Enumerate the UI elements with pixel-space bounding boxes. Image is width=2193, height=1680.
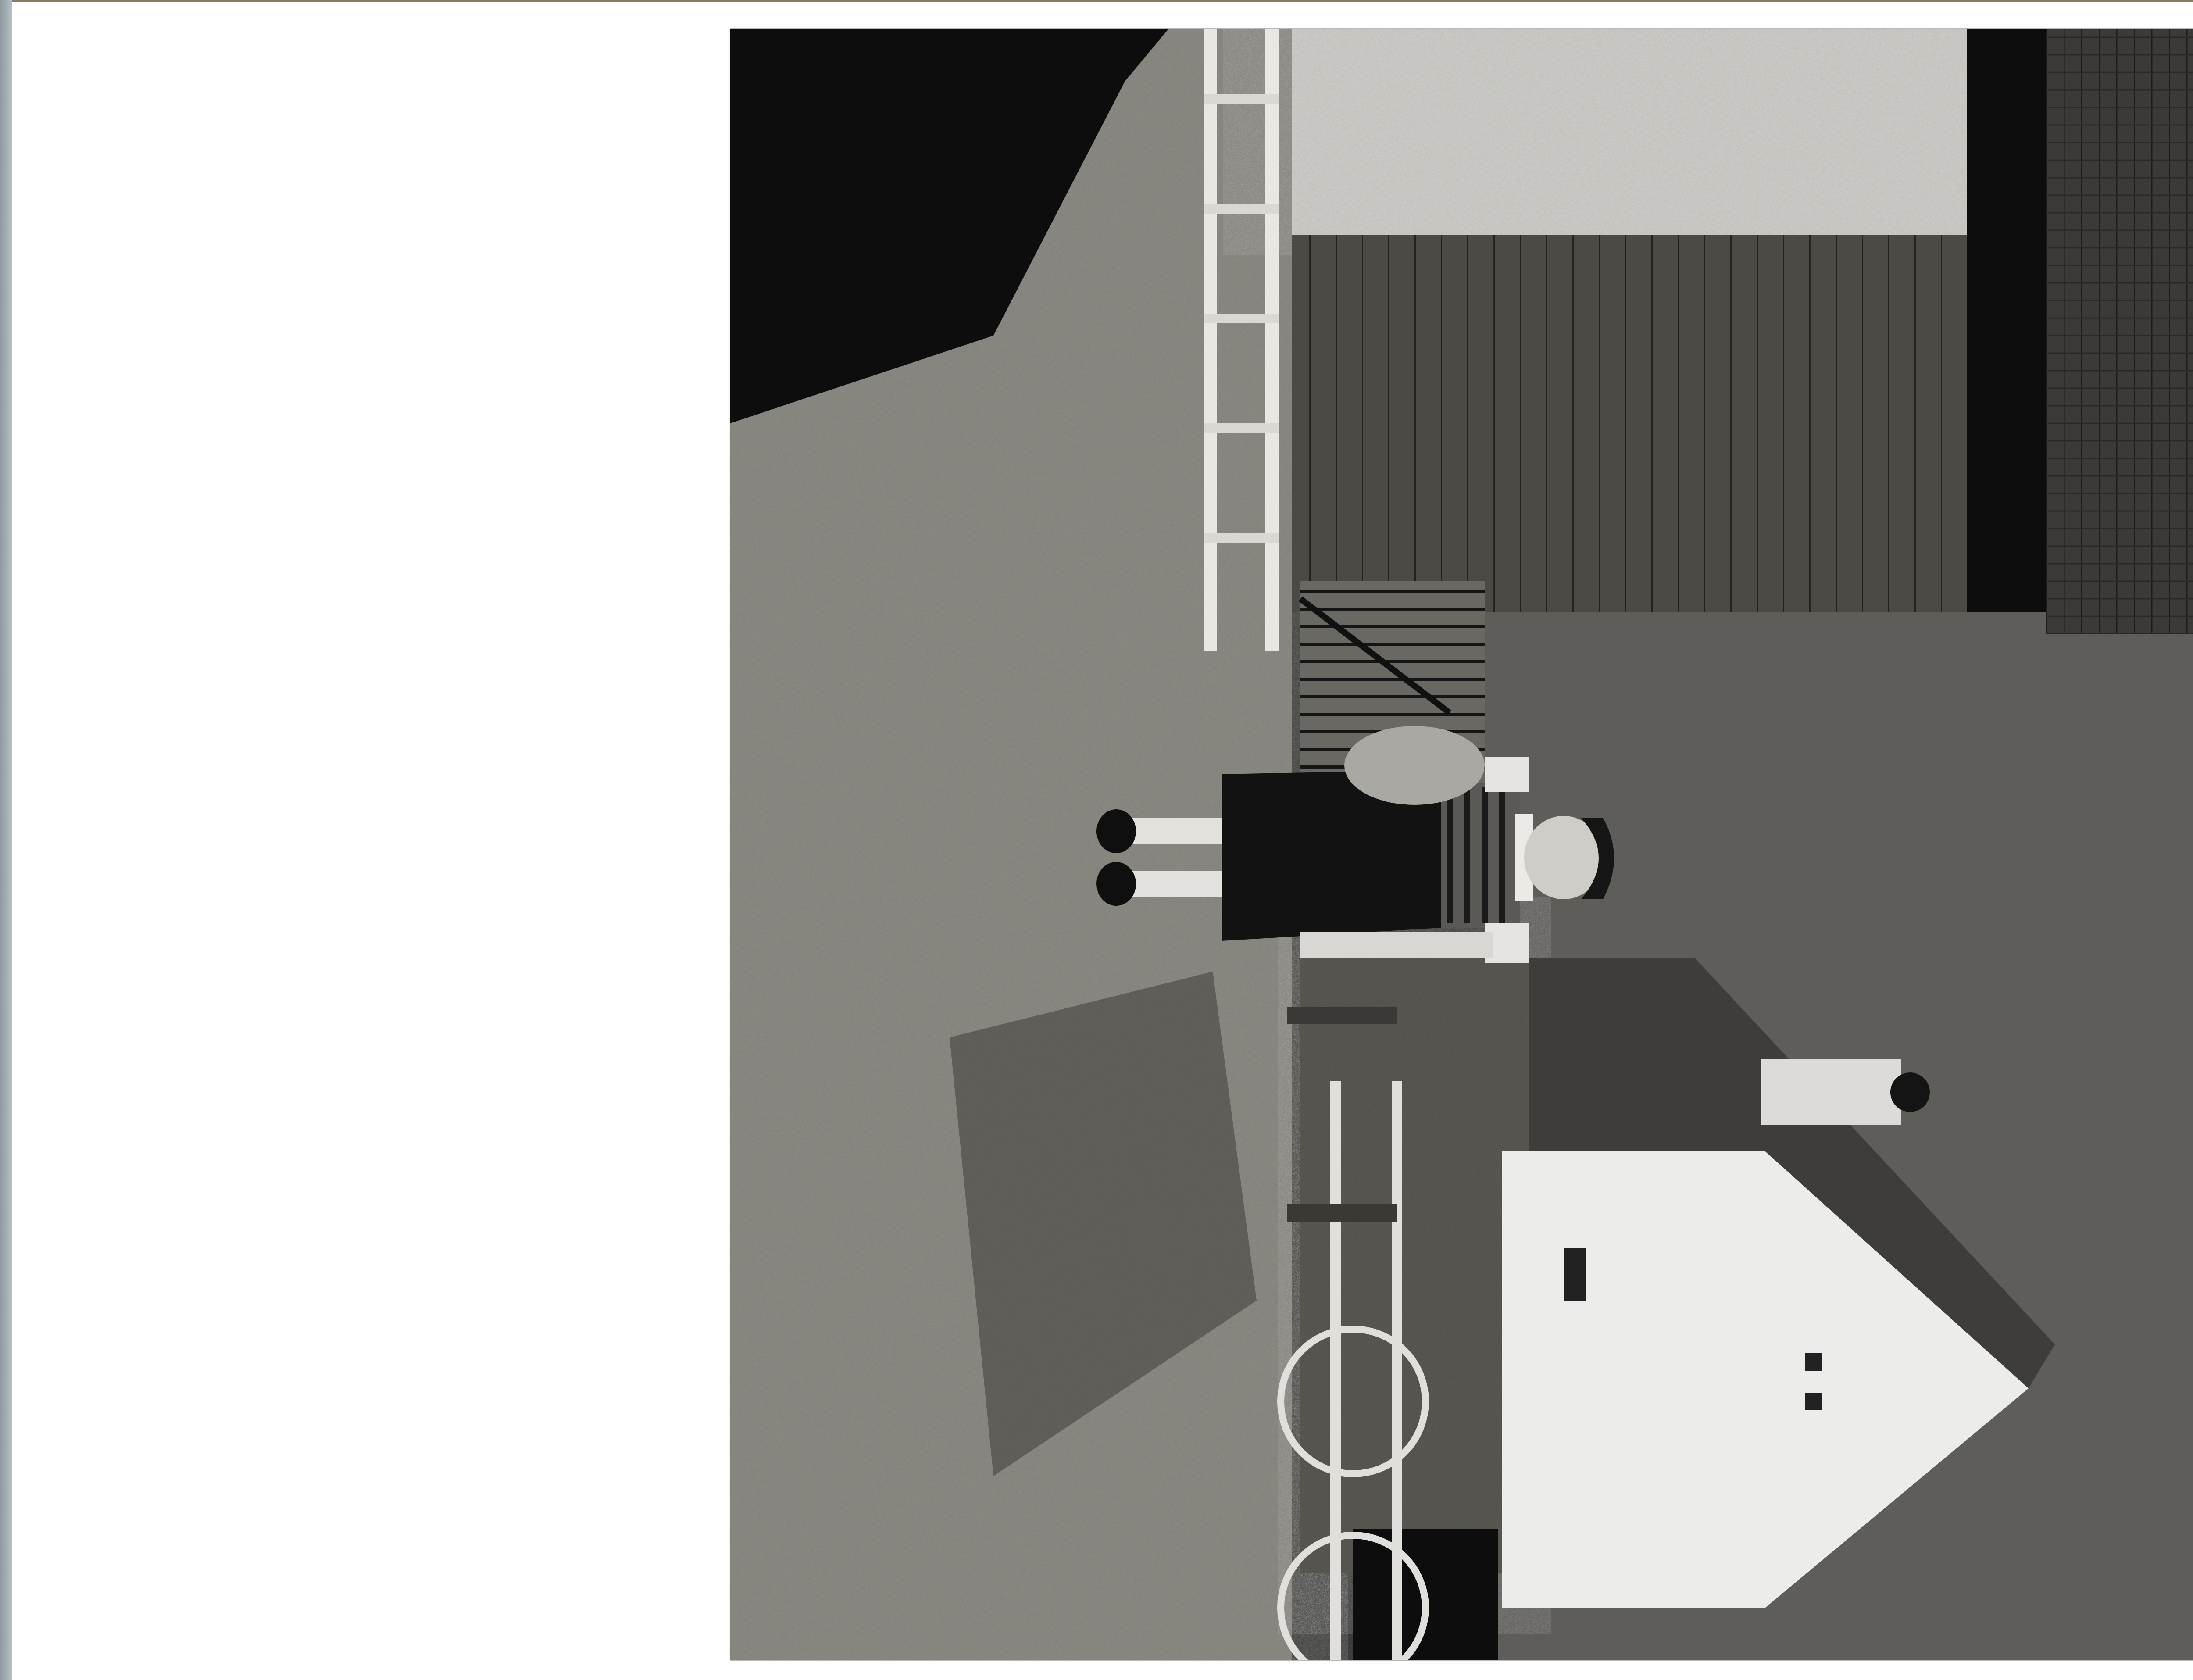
barn-wooden-wall: [1292, 235, 1976, 612]
barn-plaster-wall: [1292, 29, 1976, 235]
barn-roof: [2046, 29, 2193, 634]
scan-edge-left: [0, 0, 12, 1680]
scan-edge-top: [0, 0, 2193, 2]
photo-scene: [730, 29, 2193, 1660]
photograph: [730, 29, 2193, 1660]
